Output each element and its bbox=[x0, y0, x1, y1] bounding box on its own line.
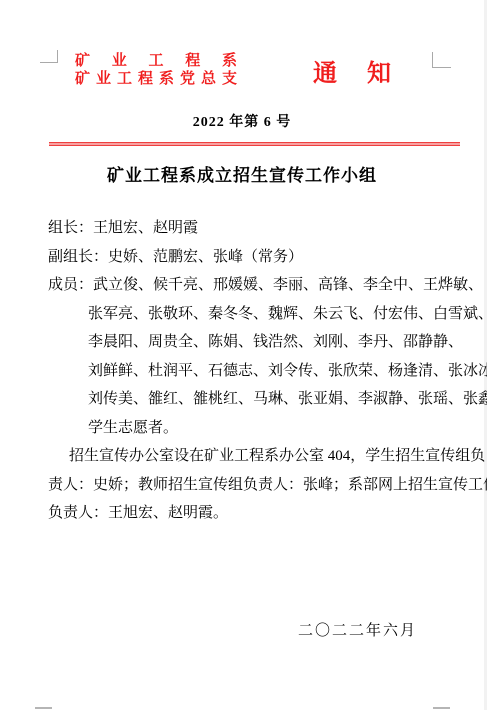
document-date: 二〇二二年六月 bbox=[298, 619, 417, 640]
crop-mark-top-left bbox=[40, 50, 58, 63]
document-number: 2022 年第 6 号 bbox=[0, 111, 484, 131]
body-line: 李晨阳、周贵全、陈娟、钱浩然、刘刚、李丹、邵静静、 bbox=[88, 328, 442, 357]
document-body: 组长：王旭宏、赵明霞副组长：史娇、范鹏宏、张峰（常务）成员：武立俊、候千亮、邢媛… bbox=[48, 214, 442, 528]
issuing-org-line2: 矿业工程系党总支 bbox=[75, 70, 237, 88]
body-line: 责人：史娇；教师招生宣传组负责人：张峰；系部网上招生宣传工作 bbox=[48, 471, 442, 500]
body-line: 刘鲜鲜、杜润平、石德志、刘令传、张欣荣、杨逢清、张冰冰、 bbox=[88, 357, 442, 386]
crop-mark-top-right bbox=[432, 52, 451, 68]
document-title: 矿业工程系成立招生宣传工作小组 bbox=[0, 161, 484, 186]
body-line: 副组长：史娇、范鹏宏、张峰（常务） bbox=[48, 243, 442, 272]
notice-heading: 通 知 bbox=[313, 53, 403, 88]
crop-mark-bottom-right bbox=[433, 707, 450, 709]
document-page: 矿业工程系 矿业工程系党总支 通 知 2022 年第 6 号 矿业工程系成立招生… bbox=[0, 0, 487, 710]
body-line: 招生宣传办公室设在矿业工程系办公室 404，学生招生宣传组负 bbox=[48, 442, 442, 471]
body-line: 张军亮、张敬环、秦冬冬、魏辉、朱云飞、付宏伟、白雪斌、 bbox=[88, 300, 442, 329]
body-line: 刘传美、雒红、雒桃红、马琳、张亚娟、李淑静、张瑶、张鑫、 bbox=[88, 385, 442, 414]
issuing-org-line1: 矿业工程系 bbox=[75, 52, 237, 70]
body-line: 负责人：王旭宏、赵明霞。 bbox=[48, 499, 442, 528]
issuing-org-block: 矿业工程系 矿业工程系党总支 bbox=[75, 52, 237, 88]
red-separator-line bbox=[49, 142, 460, 146]
body-line: 成员：武立俊、候千亮、邢媛媛、李丽、高锋、李全中、王烨敏、 bbox=[48, 271, 442, 300]
crop-mark-bottom-left bbox=[35, 707, 52, 709]
body-line: 学生志愿者。 bbox=[88, 414, 442, 443]
body-line: 组长：王旭宏、赵明霞 bbox=[48, 214, 442, 243]
